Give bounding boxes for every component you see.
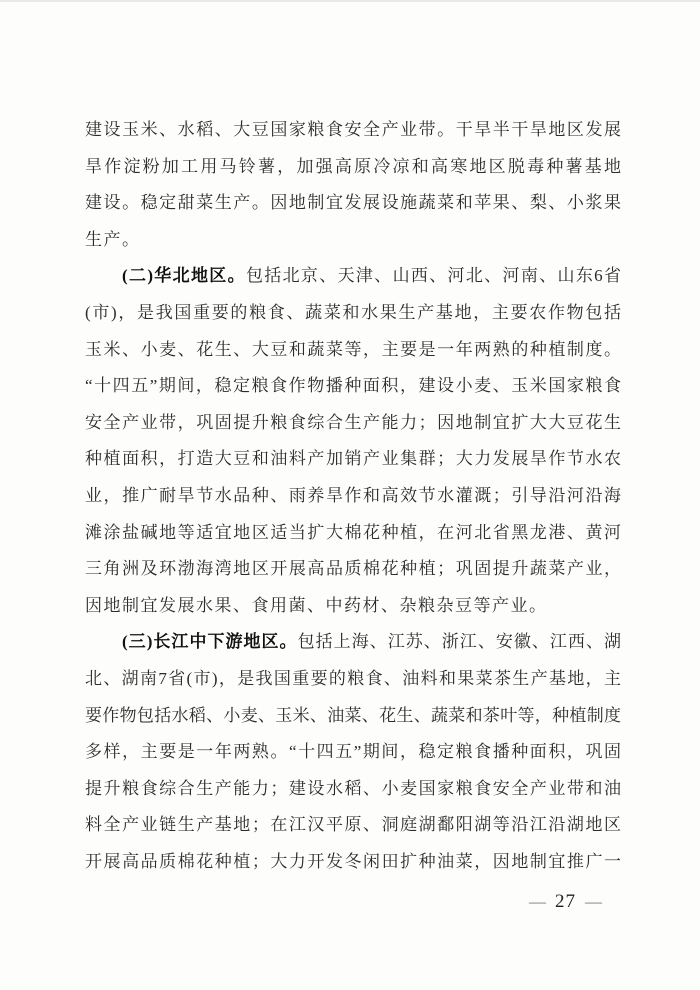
paragraph-heading-line: (二)华北地区。包括北京、天津、山西、河北、河南、山东6省 (85, 258, 621, 295)
page-footer: — 27 — (529, 889, 602, 915)
text-line-paragraph-end: 因地制宜发展水果、食用菌、中药材、杂粮杂豆等产业。 (85, 588, 621, 625)
footer-dash-left: — (529, 889, 546, 915)
text-line: 建设。稳定甜菜生产。因地制宜发展设施蔬菜和苹果、梨、小浆果 (85, 185, 621, 222)
line-text: 滩涂盐碱地等适宜地区适当扩大棉花种植，在河北省黑龙港、黄河 (85, 523, 621, 542)
text-line: 多样，主要是一年两熟。“十四五”期间，稳定粮食播种面积，巩固 (85, 734, 621, 771)
text-line: 玉米、小麦、花生、大豆和蔬菜等，主要是一年两熟的种植制度。 (85, 332, 621, 369)
line-text: 要作物包括水稻、小麦、玉米、油菜、花生、蔬菜和茶叶等，种植制度 (85, 706, 621, 725)
line-text: 生产。 (85, 230, 141, 249)
scan-edge-artifact (0, 0, 700, 2)
paragraph-heading-line: (三)长江中下游地区。包括上海、江苏、浙江、安徽、江西、湖 (85, 624, 621, 661)
text-line-paragraph-end: 生产。 (85, 222, 621, 259)
line-text: 北、湖南7省(市)，是我国重要的粮食、油料和果菜茶生产基地，主 (85, 669, 621, 688)
line-text: 包括上海、江苏、浙江、安徽、江西、湖 (298, 632, 621, 651)
text-line: 北、湖南7省(市)，是我国重要的粮食、油料和果菜茶生产基地，主 (85, 661, 621, 698)
page-number: 27 (555, 889, 576, 915)
text-line: 提升粮食综合生产能力；建设水稻、小麦国家粮食安全产业带和油 (85, 771, 621, 808)
text-line: 滩涂盐碱地等适宜地区适当扩大棉花种植，在河北省黑龙港、黄河 (85, 515, 621, 552)
text-line: (市)，是我国重要的粮食、蔬菜和水果生产基地，主要农作物包括 (85, 295, 621, 332)
line-text: 业，推广耐旱节水品种、雨养旱作和高效节水灌溉；引导沿河沿海 (85, 486, 621, 505)
document-text: 建设玉米、水稻、大豆国家粮食安全产业带。干旱半干旱地区发展 旱作淀粉加工用马铃薯… (85, 112, 621, 880)
line-text: 玉米、小麦、花生、大豆和蔬菜等，主要是一年两熟的种植制度。 (85, 340, 621, 359)
line-text: 多样，主要是一年两熟。“十四五”期间，稳定粮食播种面积，巩固 (85, 742, 621, 761)
line-text: 种植面积，打造大豆和油料产加销产业集群；大力发展旱作节水农 (85, 449, 621, 468)
line-text: 料全产业链生产基地；在江汉平原、洞庭湖鄱阳湖等沿江沿湖地区 (85, 815, 621, 834)
text-line: 建设玉米、水稻、大豆国家粮食安全产业带。干旱半干旱地区发展 (85, 112, 621, 149)
line-text: 安全产业带，巩固提升粮食综合生产能力；因地制宜扩大大豆花生 (85, 413, 621, 432)
section-heading-changjiang: (三)长江中下游地区。 (122, 632, 298, 651)
text-line: “十四五”期间，稳定粮食作物播种面积，建设小麦、玉米国家粮食 (85, 368, 621, 405)
text-line: 开展高品质棉花种植；大力开发冬闲田扩种油菜，因地制宜推广一 (85, 844, 621, 881)
line-text: 建设玉米、水稻、大豆国家粮食安全产业带。干旱半干旱地区发展 (85, 120, 621, 139)
line-text: 建设。稳定甜菜生产。因地制宜发展设施蔬菜和苹果、梨、小浆果 (85, 193, 621, 212)
line-text: 开展高品质棉花种植；大力开发冬闲田扩种油菜，因地制宜推广一 (85, 852, 621, 871)
text-line: 安全产业带，巩固提升粮食综合生产能力；因地制宜扩大大豆花生 (85, 405, 621, 442)
line-text: 因地制宜发展水果、食用菌、中药材、杂粮杂豆等产业。 (85, 596, 548, 615)
line-text: (市)，是我国重要的粮食、蔬菜和水果生产基地，主要农作物包括 (85, 303, 621, 322)
line-text: 三角洲及环渤海湾地区开展高品质棉花种植；巩固提升蔬菜产业， (85, 559, 621, 578)
text-line: 业，推广耐旱节水品种、雨养旱作和高效节水灌溉；引导沿河沿海 (85, 478, 621, 515)
text-line: 三角洲及环渤海湾地区开展高品质棉花种植；巩固提升蔬菜产业， (85, 551, 621, 588)
line-text: 提升粮食综合生产能力；建设水稻、小麦国家粮食安全产业带和油 (85, 779, 621, 798)
footer-dash-right: — (585, 889, 602, 915)
line-text: 包括北京、天津、山西、河北、河南、山东6省 (246, 266, 621, 285)
text-line: 旱作淀粉加工用马铃薯，加强高原冷凉和高寒地区脱毒种薯基地 (85, 149, 621, 186)
text-line: 要作物包括水稻、小麦、玉米、油菜、花生、蔬菜和茶叶等，种植制度 (85, 698, 621, 735)
text-line: 种植面积，打造大豆和油料产加销产业集群；大力发展旱作节水农 (85, 441, 621, 478)
section-heading-huabei: (二)华北地区。 (122, 266, 246, 285)
line-text: 旱作淀粉加工用马铃薯，加强高原冷凉和高寒地区脱毒种薯基地 (85, 157, 621, 176)
text-line: 料全产业链生产基地；在江汉平原、洞庭湖鄱阳湖等沿江沿湖地区 (85, 807, 621, 844)
line-text: “十四五”期间，稳定粮食作物播种面积，建设小麦、玉米国家粮食 (85, 376, 621, 395)
